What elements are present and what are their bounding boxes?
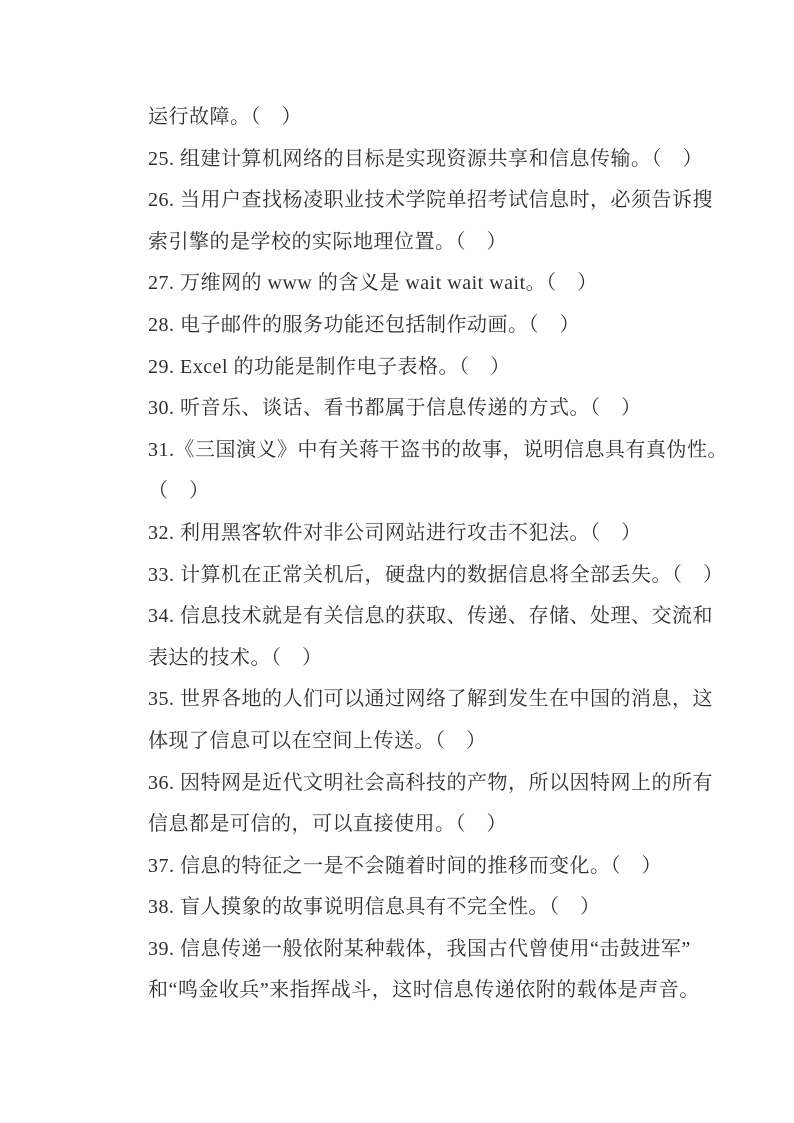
text-line: 29. Excel 的功能是制作电子表格。（ ） xyxy=(148,347,708,389)
text-line: 30. 听音乐、谈话、看书都属于信息传递的方式。（ ） xyxy=(148,388,708,430)
text-line: 27. 万维网的 www 的含义是 wait wait wait。（ ） xyxy=(148,263,708,305)
text-line: 35. 世界各地的人们可以通过网络了解到发生在中国的消息，这 xyxy=(148,679,708,721)
text-line: 25. 组建计算机网络的目标是实现资源共享和信息传输。（ ） xyxy=(148,139,708,181)
text-line: 33. 计算机在正常关机后，硬盘内的数据信息将全部丢失。（ ） xyxy=(148,555,708,597)
text-line: 39. 信息传递一般依附某种载体，我国古代曾使用“击鼓进军” xyxy=(148,929,708,971)
text-line: 32. 利用黑客软件对非公司网站进行攻击不犯法。（ ） xyxy=(148,513,708,555)
text-line: 37. 信息的特征之一是不会随着时间的推移而变化。（ ） xyxy=(148,846,708,888)
text-line: 28. 电子邮件的服务功能还包括制作动画。（ ） xyxy=(148,305,708,347)
text-line: 信息都是可信的，可以直接使用。（ ） xyxy=(148,804,708,846)
text-line: 表达的技术。（ ） xyxy=(148,638,708,680)
text-line: 和“鸣金收兵”来指挥战斗，这时信息传递依附的载体是声音。 xyxy=(148,970,708,1012)
text-line: 38. 盲人摸象的故事说明信息具有不完全性。（ ） xyxy=(148,887,708,929)
text-line: （ ） xyxy=(148,471,708,513)
text-line: 体现了信息可以在空间上传送。（ ） xyxy=(148,721,708,763)
text-line: 34. 信息技术就是有关信息的获取、传递、存储、处理、交流和 xyxy=(148,596,708,638)
document-page: 运行故障。（ ）25. 组建计算机网络的目标是实现资源共享和信息传输。（ ）26… xyxy=(0,0,794,1123)
text-line: 26. 当用户查找杨凌职业技术学院单招考试信息时，必须告诉搜 xyxy=(148,180,708,222)
text-line: 运行故障。（ ） xyxy=(148,97,708,139)
question-lines: 运行故障。（ ）25. 组建计算机网络的目标是实现资源共享和信息传输。（ ）26… xyxy=(148,97,708,1012)
text-line: 31.《三国演义》中有关蒋干盗书的故事，说明信息具有真伪性。 xyxy=(148,430,708,472)
text-line: 索引擎的是学校的实际地理位置。（ ） xyxy=(148,222,708,264)
text-line: 36. 因特网是近代文明社会高科技的产物，所以因特网上的所有 xyxy=(148,763,708,805)
